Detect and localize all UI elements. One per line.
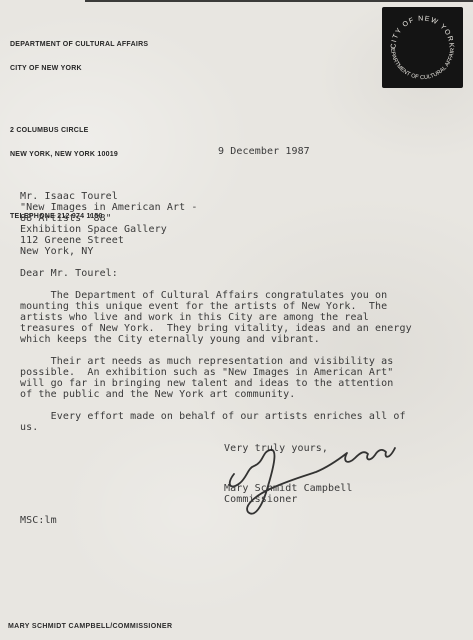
closing-line: Very truly yours, — [224, 443, 328, 454]
letterhead-city: CITY OF NEW YORK — [10, 65, 148, 73]
letterhead-department: DEPARTMENT OF CULTURAL AFFAIRS — [10, 41, 148, 49]
city-seal-icon: CITY OF NEW YORK DEPARTMENT OF CULTURAL … — [382, 7, 463, 88]
letterhead-address-line1: 2 COLUMBUS CIRCLE — [10, 127, 148, 135]
recipient-address-block: Mr. Isaac Tourel "New Images in American… — [20, 191, 198, 257]
letter-body: Dear Mr. Tourel: The Department of Cultu… — [20, 268, 412, 433]
scan-artifact-line — [85, 0, 473, 2]
signer-block: Mary Schmidt Campbell Commissioner — [224, 483, 353, 505]
signer-title: Commissioner — [224, 494, 297, 505]
letterhead-address-line2: NEW YORK, NEW YORK 10019 — [10, 151, 148, 159]
footer-name-line: MARY SCHMIDT CAMPBELL/COMMISSIONER — [8, 623, 172, 630]
date-line: 9 December 1987 — [218, 146, 310, 157]
letter-page: DEPARTMENT OF CULTURAL AFFAIRS CITY OF N… — [0, 0, 473, 640]
reference-initials: MSC:lm — [20, 515, 57, 526]
signer-name: Mary Schmidt Campbell — [224, 483, 353, 494]
